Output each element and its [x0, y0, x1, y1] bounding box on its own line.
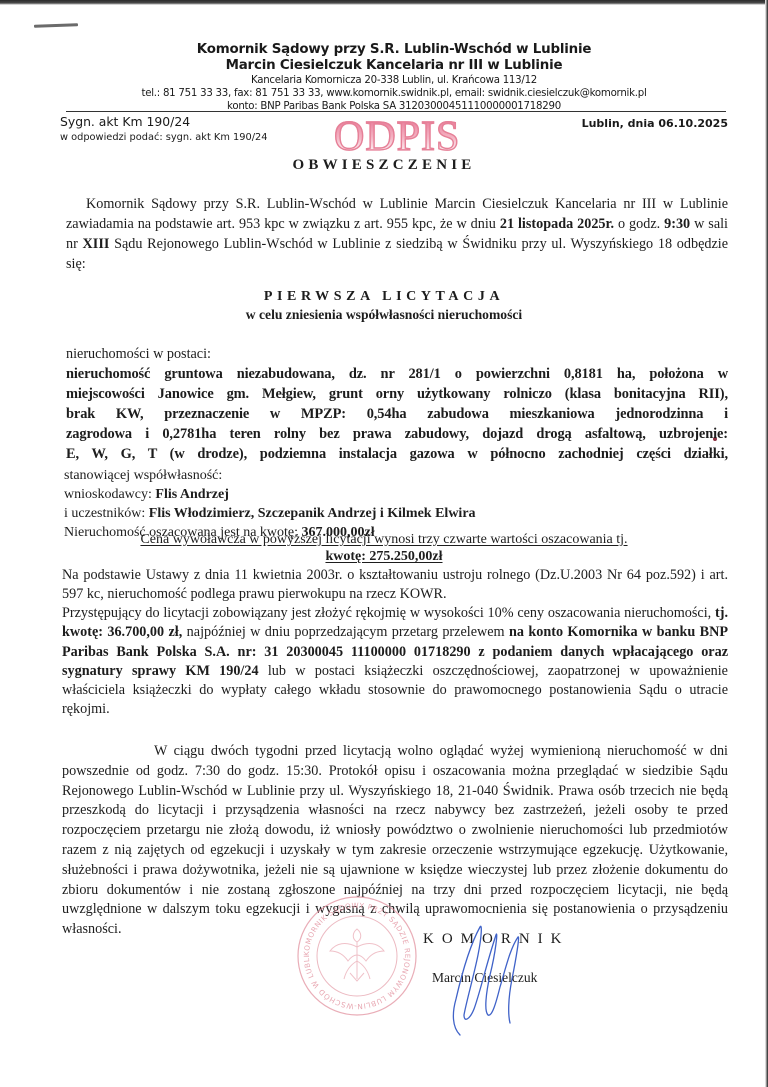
svg-text:KOMORNIK SĄDOWY PRZY SĄDZIE RE: KOMORNIK SĄDOWY PRZY SĄDZIE REJONOWYM LU…	[296, 895, 412, 1011]
auction-subheading: w celu zniesienia współwłasności nieruch…	[0, 307, 768, 323]
starting-price-amount: kwotę: 275.250,00zł	[325, 549, 442, 564]
intro-text: o godz.	[614, 216, 664, 232]
property-detail-line: brak KW, przeznaczenie w MPZP: 0,54ha za…	[66, 404, 728, 424]
starting-price-text: Cena wywoławcza w powyższej licytacji wy…	[140, 532, 627, 547]
property-detail-line: miejscowości Janowice gm. Mełgiew, grunt…	[66, 384, 728, 404]
preemption-note: Na podstawie Ustawy z dnia 11 kwietnia 2…	[62, 566, 728, 604]
property-detail-line: nieruchomość gruntowa niezabudowana, dz.…	[66, 364, 728, 384]
deposit-text: Przystępujący do licytacji zobowiązany j…	[62, 605, 715, 621]
property-description: nieruchomości w postaci: nieruchomość gr…	[66, 344, 728, 464]
starting-price-amount-line: kwotę: 275.250,00zł	[0, 549, 768, 565]
applicants-names: Flis Andrzej	[155, 487, 229, 502]
official-seal-icon: KOMORNIK SĄDOWY PRZY SĄDZIE REJONOWYM LU…	[296, 895, 418, 1017]
letterhead-divider	[66, 111, 726, 112]
auction-room: XIII	[83, 236, 110, 252]
case-reference: Sygn. akt Km 190/24 w odpowiedzi podać: …	[60, 114, 268, 145]
intro-paragraph: Komornik Sądowy przy S.R. Lublin-Wschód …	[66, 194, 728, 274]
participants-label: i uczestników:	[64, 506, 149, 521]
place-and-date: Lublin, dnia 06.10.2025	[582, 117, 728, 130]
intro-text: Sądu Rejonowego Lublin-Wschód w Lublinie…	[66, 236, 728, 272]
case-number: Sygn. akt Km 190/24	[60, 114, 268, 130]
property-detail-line: zagrodowa i 0,2781ha teren rolny bez pra…	[66, 424, 728, 444]
property-detail-line: E, W, G, T (w drodze), podziemna instala…	[66, 444, 728, 464]
participants-line: i uczestników: Flis Włodzimierz, Szczepa…	[64, 504, 704, 523]
handwritten-signature-icon	[430, 915, 540, 1040]
auction-time: 9:30	[664, 216, 690, 232]
letterhead: Komornik Sądowy przy S.R. Lublin-Wschód …	[60, 42, 728, 113]
bailiff-office-name: Komornik Sądowy przy S.R. Lublin-Wschód …	[60, 42, 728, 58]
property-lead: nieruchomości w postaci:	[66, 344, 728, 364]
deposit-paragraph: Przystępujący do licytacji zobowiązany j…	[62, 604, 728, 720]
property-details: nieruchomość gruntowa niezabudowana, dz.…	[66, 364, 728, 464]
reply-reference: w odpowiedzi podać: sygn. akt Km 190/24	[60, 131, 268, 145]
applicants-line: wnioskodawcy: Flis Andrzej	[64, 485, 704, 504]
ownership-section: stanowiącej współwłasność: wnioskodawcy:…	[64, 466, 704, 542]
copy-stamp: ODPIS	[334, 114, 460, 154]
applicants-label: wnioskodawcy:	[64, 487, 155, 502]
starting-price-line: Cena wywoławcza w powyższej licytacji wy…	[0, 532, 768, 548]
scan-border-top	[0, 0, 768, 5]
participants-names: Flis Włodzimierz, Szczepanik Andrzej i K…	[149, 506, 476, 521]
bailiff-name: Marcin Ciesielczuk Kancelaria nr III w L…	[60, 58, 728, 74]
document-title: OBWIESZCZENIE	[0, 157, 768, 174]
contact-details: tel.: 81 751 33 33, fax: 81 751 33 33, w…	[60, 87, 728, 100]
ownership-lead: stanowiącej współwłasność:	[64, 466, 704, 485]
office-address: Kancelaria Komornicza 20-338 Lublin, ul.…	[60, 74, 728, 87]
scan-mark	[34, 23, 78, 28]
auction-date: 21 listopada 2025r.	[500, 216, 614, 232]
auction-heading: PIERWSZA LICYTACJA	[0, 289, 768, 305]
deposit-text: najpóźniej w dniu poprzedzającym przetar…	[182, 624, 509, 640]
